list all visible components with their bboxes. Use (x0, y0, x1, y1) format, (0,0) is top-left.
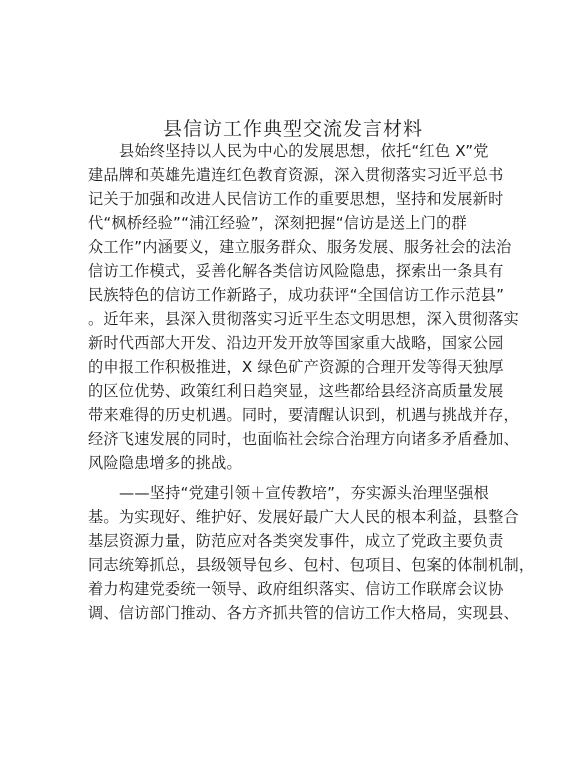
text-line: 众工作”内涵要义，建立服务群众、服务发展、服务社会的法治 (88, 237, 508, 257)
text-line: 新时代西部大开发、沿边开发开放等国家重大战略，国家公园 (88, 333, 508, 353)
text-line: 的区位优势、政策红利日趋突显，这些都给县经济高质量发展 (88, 381, 508, 401)
text-line: 的申报工作积极推进，X 绿色矿产资源的合理开发等得天独厚 (88, 357, 508, 377)
text-line: 。近年来，县深入贯彻落实习近平生态文明思想，深入贯彻落实 (88, 309, 508, 329)
text-line: 基层资源力量，防范应对各类突发事件，成立了党政主要负责 (88, 531, 508, 551)
text-line: 代“枫桥经验”“浦江经验”，深刻把握“信访是送上门的群 (88, 213, 508, 233)
text-line: 经济飞速发展的同时，也面临社会综合治理方向诸多矛盾叠加、 (88, 429, 508, 449)
text-line: 带来难得的历史机遇。同时，要清醒认识到，机遇与挑战并存， (88, 405, 508, 425)
text-line: 着力构建党委统一领导、政府组织落实、信访工作联席会议协 (88, 579, 508, 599)
text-line: 调、信访部门推动、各方齐抓共管的信访工作大格局，实现县、 (88, 603, 508, 623)
text-line: ——坚持“党建引领＋宣传教培”，夯实源头治理坚强根 (119, 483, 509, 503)
text-line: 信访工作模式，妥善化解各类信访风险隐患，探索出一条具有 (88, 261, 508, 281)
text-line: 同志统筹抓总，县级领导包乡、包村、包项目、包案的体制机制， (88, 555, 508, 575)
text-line: 风险隐患增多的挑战。 (88, 453, 508, 473)
document-title: 县信访工作典型交流发言材料 (0, 114, 586, 141)
text-line: 基。为实现好、维护好、发展好最广大人民的根本利益，县整合 (88, 507, 508, 527)
text-line: 民族特色的信访工作新路子，成功获评“全国信访工作示范县” (88, 285, 508, 305)
text-line: 建品牌和英雄先遣连红色教育资源，深入贯彻落实习近平总书 (88, 165, 508, 185)
document-page: 县信访工作典型交流发言材料 县始终坚持以人民为中心的发展思想，依托“红色 X”党… (0, 0, 586, 759)
text-line: 县始终坚持以人民为中心的发展思想，依托“红色 X”党 (119, 141, 509, 161)
text-line: 记关于加强和改进人民信访工作的重要思想，坚持和发展新时 (88, 189, 508, 209)
